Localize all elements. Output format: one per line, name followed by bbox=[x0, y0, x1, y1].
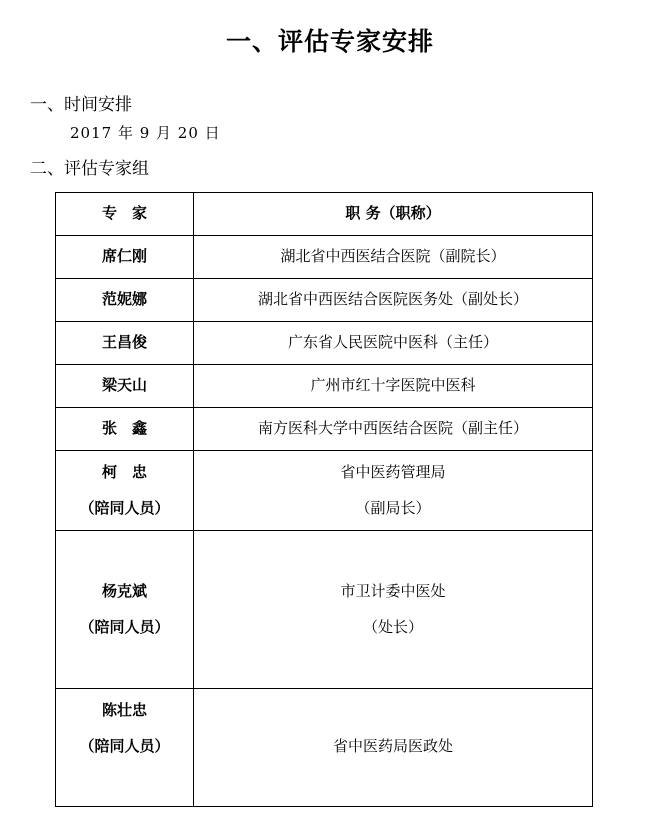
expert-position: 省中医药管理局 bbox=[194, 463, 592, 483]
table-row: 陈壮忠 （陪同人员） 省中医药局医政处 bbox=[56, 689, 593, 807]
expert-name: 席仁刚 bbox=[56, 236, 194, 279]
expert-position-cell: 省中医药管理局 （副局长） bbox=[194, 451, 593, 531]
document-title: 一、评估专家安排 bbox=[0, 22, 660, 58]
table-row: 柯 忠 （陪同人员） 省中医药管理局 （副局长） bbox=[56, 451, 593, 531]
expert-role-note: （陪同人员） bbox=[56, 737, 193, 757]
expert-name-cell: 陈壮忠 （陪同人员） bbox=[56, 689, 194, 807]
expert-position: 广州市红十字医院中医科 bbox=[194, 365, 593, 408]
expert-position-note: （副局长） bbox=[194, 499, 592, 519]
expert-position: 湖北省中西医结合医院医务处（副处长） bbox=[194, 279, 593, 322]
expert-position: 市卫计委中医处 bbox=[194, 582, 592, 602]
expert-position-cell: 市卫计委中医处 （处长） bbox=[194, 531, 593, 689]
table-row: 张 鑫 南方医科大学中西医结合医院（副主任） bbox=[56, 408, 593, 451]
section-experts-heading: 二、评估专家组 bbox=[30, 154, 149, 179]
header-expert: 专 家 bbox=[56, 193, 194, 236]
expert-name: 王昌俊 bbox=[56, 322, 194, 365]
table-row: 席仁刚 湖北省中西医结合医院（副院长） bbox=[56, 236, 593, 279]
table-row: 梁天山 广州市红十字医院中医科 bbox=[56, 365, 593, 408]
schedule-date: 2017 年 9 月 20 日 bbox=[70, 122, 221, 143]
expert-table: 专 家 职 务（职称） 席仁刚 湖北省中西医结合医院（副院长） 范妮娜 湖北省中… bbox=[55, 192, 593, 807]
table-header-row: 专 家 职 务（职称） bbox=[56, 193, 593, 236]
table-row: 范妮娜 湖北省中西医结合医院医务处（副处长） bbox=[56, 279, 593, 322]
expert-name: 陈壮忠 bbox=[56, 701, 193, 721]
expert-name: 张 鑫 bbox=[56, 408, 194, 451]
expert-name: 杨克斌 bbox=[56, 582, 193, 602]
expert-position-note: （处长） bbox=[194, 618, 592, 638]
section-time-heading: 一、时间安排 bbox=[30, 90, 132, 115]
expert-position: 南方医科大学中西医结合医院（副主任） bbox=[194, 408, 593, 451]
expert-name: 梁天山 bbox=[56, 365, 194, 408]
table-row: 王昌俊 广东省人民医院中医科（主任） bbox=[56, 322, 593, 365]
expert-name: 柯 忠 bbox=[56, 463, 193, 483]
expert-name-cell: 杨克斌 （陪同人员） bbox=[56, 531, 194, 689]
expert-name: 范妮娜 bbox=[56, 279, 194, 322]
expert-role-note: （陪同人员） bbox=[56, 499, 193, 519]
expert-position-cell: 省中医药局医政处 bbox=[194, 689, 593, 807]
expert-position: 湖北省中西医结合医院（副院长） bbox=[194, 236, 593, 279]
expert-position: 省中医药局医政处 bbox=[194, 737, 592, 757]
expert-position: 广东省人民医院中医科（主任） bbox=[194, 322, 593, 365]
expert-role-note: （陪同人员） bbox=[56, 618, 193, 638]
expert-name-cell: 柯 忠 （陪同人员） bbox=[56, 451, 194, 531]
table-row: 杨克斌 （陪同人员） 市卫计委中医处 （处长） bbox=[56, 531, 593, 689]
header-position: 职 务（职称） bbox=[194, 193, 593, 236]
